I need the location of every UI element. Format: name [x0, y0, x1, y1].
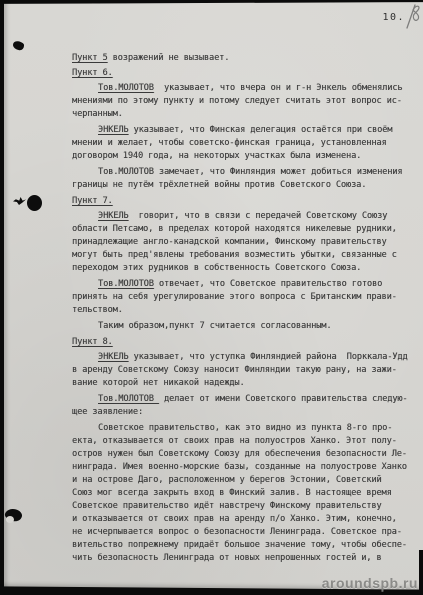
watermark: aroundspb.ru: [322, 575, 418, 591]
section-heading: Пункт 5 возражений не вызывает.: [72, 52, 417, 65]
text-run: не исчерпывается вопрос о безопасности Л…: [72, 527, 402, 537]
text-run: указывает, что Финская делегация остаётс…: [128, 125, 392, 135]
text-run: принадлежащие англо-канадской компании, …: [72, 237, 387, 247]
text-run: в аренду Советскому Союзу наносит Финлян…: [72, 365, 397, 375]
text-line: договором 1940 года, на некоторых участк…: [72, 150, 417, 163]
underlined-text-run: Пункт 8.: [72, 337, 113, 347]
text-line: могут быть пред'явлены требования возмес…: [72, 249, 417, 262]
text-run: черпанным.: [72, 109, 123, 119]
text-line: мнении и желает, чтобы советско-финская …: [72, 137, 417, 150]
text-run: границы не путём трёхлетней войны против…: [72, 180, 366, 190]
text-line: Тов.МОЛОТОВ отвечает, что Советское прав…: [72, 278, 417, 291]
text-line: чить безопасность Ленинграда от новых не…: [72, 552, 417, 565]
scanned-page: 10. Пункт 5 возражений не вызывает.Пункт…: [0, 0, 423, 595]
paragraph: Тов.МОЛОТОВ делает от имени Советского п…: [72, 393, 417, 419]
paragraph: Тов.МОЛОТОВ отвечает, что Советское прав…: [72, 278, 417, 317]
text-line: и отказывается от своих прав на аренду п…: [72, 513, 417, 526]
text-line: вительство попрежнему придаёт большое зн…: [72, 539, 417, 552]
text-line: Тов.МОЛОТОВ замечает, что Финляндия може…: [72, 166, 417, 179]
underlined-text-run: Пункт 7.: [72, 196, 113, 206]
text-run: делает от имени Советского правительства…: [159, 394, 408, 404]
text-line: принять на себя урегулирование этого воп…: [72, 291, 417, 304]
underlined-text-run: Тов.МОЛОТОВ: [98, 83, 154, 93]
text-line: нинграда. Имея военно-морские базы, созд…: [72, 461, 417, 474]
text-line: ЭНКЕЛЬ говорит, что в связи с передачей …: [72, 210, 417, 223]
paragraph: Тов.МОЛОТОВ указывает, что вчера он и г-…: [72, 82, 417, 121]
text-line: в аренду Советскому Союзу наносит Финлян…: [72, 364, 417, 377]
text-line: ЭНКЕЛЬ указывает, что Финская делегация …: [72, 124, 417, 137]
text-line: Таким образом,пункт 7 считается согласов…: [72, 320, 417, 333]
text-line: переходом этих рудников в собственность …: [72, 262, 417, 275]
text-run: говорит, что в связи с передачей Советск…: [128, 211, 387, 221]
text-line: принадлежащие англо-канадской компании, …: [72, 236, 417, 249]
text-line: Пункт 6.: [72, 67, 417, 80]
paragraph: ЭНКЕЛЬ указывает, что уступка Финляндией…: [72, 351, 417, 390]
text-run: Тов.МОЛОТОВ замечает, что Финляндия може…: [98, 167, 402, 177]
text-run: указывает, что уступка Финляндией района…: [128, 352, 407, 362]
paragraph: ЭНКЕЛЬ говорит, что в связи с передачей …: [72, 210, 417, 275]
paragraph: Советское правительство, как это видно и…: [72, 422, 417, 565]
text-run: нинграда. Имея военно-морские базы, созд…: [72, 462, 407, 472]
text-run: принять на себя урегулирование этого воп…: [72, 292, 397, 302]
underlined-text-run: ЭНКЕЛЬ: [98, 211, 128, 221]
text-run: договором 1940 года, на некоторых участк…: [72, 151, 361, 161]
text-run: вительство попрежнему придаёт большое зн…: [72, 540, 407, 550]
text-line: Советское правительство идёт навстречу Ф…: [72, 500, 417, 513]
text-line: остров нужен был Советскому Союзу для об…: [72, 448, 417, 461]
text-run: области Петсамо, в пределах которой нахо…: [72, 224, 397, 234]
text-line: Советское правительство, как это видно и…: [72, 422, 417, 435]
text-line: Тов.МОЛОТОВ делает от имени Советского п…: [72, 393, 417, 406]
text-line: Пункт 5 возражений не вызывает.: [72, 52, 417, 65]
text-run: мнениями по этому пункту и потому следуе…: [72, 96, 402, 106]
text-run: переходом этих рудников в собственность …: [72, 263, 361, 273]
text-line: щее заявление:: [72, 406, 417, 419]
paragraph: ЭНКЕЛЬ указывает, что Финская делегация …: [72, 124, 417, 163]
section-heading: Пункт 8.: [72, 336, 417, 349]
text-run: вание которой нет никакой надежды.: [72, 378, 245, 388]
text-run: указывает, что вчера он и г-н Энкель обм…: [154, 83, 403, 93]
underlined-text-run: Пункт 5: [72, 53, 108, 63]
text-line: ЭНКЕЛЬ указывает, что уступка Финляндией…: [72, 351, 417, 364]
text-line: Пункт 7.: [72, 195, 417, 208]
paragraph: Тов.МОЛОТОВ замечает, что Финляндия може…: [72, 166, 417, 192]
text-run: возражений не вызывает.: [108, 53, 230, 63]
text-run: чить безопасность Ленинграда от новых не…: [72, 553, 382, 563]
text-line: екта, отказывается от своих прав на полу…: [72, 435, 417, 448]
text-line: вание которой нет никакой надежды.: [72, 377, 417, 390]
underlined-text-run: ЭНКЕЛЬ: [98, 125, 128, 135]
text-run: щее заявление:: [72, 407, 143, 417]
text-line: и на острове Даго, расположенном у берег…: [72, 474, 417, 487]
text-line: области Петсамо, в пределах которой нахо…: [72, 223, 417, 236]
text-line: тельством.: [72, 304, 417, 317]
text-run: могут быть пред'явлены требования возмес…: [72, 250, 397, 260]
text-run: мнении и желает, чтобы советско-финская …: [72, 138, 387, 148]
underlined-text-run: Пункт 6.: [72, 68, 113, 78]
document-body: Пункт 5 возражений не вызывает.Пункт 6.Т…: [0, 0, 423, 568]
text-line: Тов.МОЛОТОВ указывает, что вчера он и г-…: [72, 82, 417, 95]
text-line: границы не путём трёхлетней войны против…: [72, 179, 417, 192]
text-line: Союз мог всегда закрыть вход в Финский з…: [72, 487, 417, 500]
text-run: Таким образом,пункт 7 считается согласов…: [98, 321, 331, 331]
text-run: остров нужен был Советскому Союзу для об…: [72, 449, 407, 459]
text-run: екта, отказывается от своих прав на полу…: [72, 436, 397, 446]
text-run: и отказывается от своих прав на аренду п…: [72, 514, 397, 524]
underlined-text-run: Тов.МОЛОТОВ: [98, 279, 154, 289]
text-run: и на острове Даго, расположенном у берег…: [72, 475, 382, 485]
text-run: Советское правительство, как это видно и…: [98, 423, 392, 433]
section-heading: Пункт 6.: [72, 67, 417, 80]
text-line: мнениями по этому пункту и потому следуе…: [72, 95, 417, 108]
underlined-text-run: ЭНКЕЛЬ: [98, 352, 128, 362]
text-run: Советское правительство идёт навстречу Ф…: [72, 501, 382, 511]
text-run: тельством.: [72, 305, 123, 315]
text-line: черпанным.: [72, 108, 417, 121]
text-run: отвечает, что Советское правительство го…: [154, 279, 382, 289]
section-heading: Пункт 7.: [72, 195, 417, 208]
text-line: Пункт 8.: [72, 336, 417, 349]
text-line: не исчерпывается вопрос о безопасности Л…: [72, 526, 417, 539]
paragraph: Таким образом,пункт 7 считается согласов…: [72, 320, 417, 333]
underlined-text-run: Тов.МОЛОТОВ: [98, 394, 159, 404]
text-run: Союз мог всегда закрыть вход в Финский з…: [72, 488, 392, 498]
